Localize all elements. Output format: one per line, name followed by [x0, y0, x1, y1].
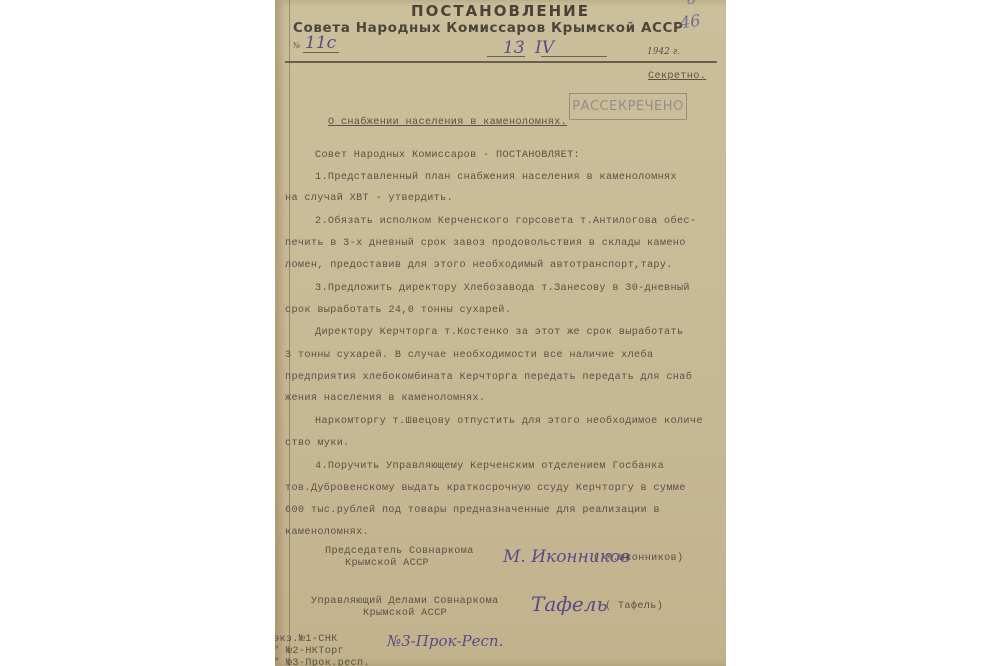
chairman-name: ( М.Иконников) [593, 553, 684, 564]
date-year: 1942 г. [647, 47, 680, 57]
document-subject: О снабжении населения в каменоломнях. [328, 117, 567, 128]
archive-mark-top: 8 [687, 0, 696, 8]
body-line: Директору Керчторга т.Костенко за этот ж… [315, 327, 683, 338]
archive-page-number: 46 [679, 11, 702, 33]
document-number: 11с [305, 33, 336, 53]
manager-title-line1: Управляющий Делами Совнаркома [311, 596, 498, 607]
body-line: печить в 3-х дневный срок завоз продовол… [285, 238, 686, 249]
body-line: ство муки. [285, 438, 350, 449]
handwritten-note: №3-Прок-Респ. [387, 632, 503, 650]
chairman-title-line1: Председатель Совнаркома [325, 546, 474, 557]
manager-signature: Тафель [531, 592, 607, 616]
date-day: 13 [503, 38, 525, 58]
body-line: 3 тонны сухарей. В случае необходимости … [285, 350, 653, 361]
distribution-line-1: экз.№1-СНК [275, 634, 338, 645]
body-line: каменоломнях. [285, 527, 369, 538]
body-line: ломен, предоставив для этого необходимый… [285, 260, 673, 271]
manager-name: ( Тафель) [605, 601, 663, 612]
number-underline [303, 52, 339, 53]
body-line: на случай ХВТ - утвердить. [285, 193, 453, 204]
classification-label: Секретно. [648, 71, 706, 82]
document-page: ПОСТАНОВЛЕНИЕ Совета Народных Комиссаров… [275, 0, 726, 666]
body-line: 4.Поручить Управляющему Керченским отдел… [315, 461, 664, 472]
document-issuer: Совета Народных Комиссаров Крымской АССР [293, 20, 684, 36]
body-line: Наркомторгу т.Швецову отпустить для этог… [315, 416, 703, 427]
body-line: тов.Дубровенскому выдать краткосрочную с… [285, 483, 686, 494]
document-title: ПОСТАНОВЛЕНИЕ [275, 2, 726, 20]
declassified-stamp: РАССЕКРЕЧЕНО [569, 93, 687, 120]
distribution-line-3: " №3-Прок.респ. [275, 658, 370, 666]
body-line: жения населения в каменоломнях. [285, 393, 485, 404]
date-month: IV [535, 38, 554, 58]
body-line: 2.Обязать исполком Керченского горсовета… [315, 216, 696, 227]
header-rule [285, 61, 717, 63]
body-line: предприятия хлебокомбината Керчторга пер… [285, 372, 692, 383]
chairman-title-line2: Крымской АССР [345, 558, 429, 569]
distribution-line-2: " №2-НКТорг [275, 646, 344, 657]
body-line: 600 тыс.рублей под товары предназначенны… [285, 505, 660, 516]
body-line: 3.Предложить директору Хлебозавода т.Зан… [315, 283, 690, 294]
body-line: Совет Народных Комиссаров - ПОСТАНОВЛЯЕТ… [315, 150, 580, 161]
body-line: 1.Представленный план снабжения населени… [315, 172, 677, 183]
manager-title-line2: Крымской АССР [363, 608, 447, 619]
number-label: № [293, 41, 301, 50]
body-line: срок выработать 24,0 тонны сухарей. [285, 305, 511, 316]
